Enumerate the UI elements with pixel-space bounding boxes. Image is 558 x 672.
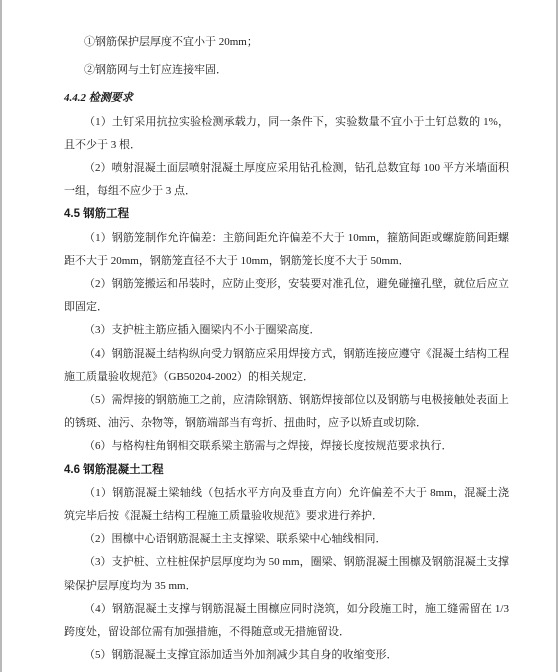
list-item: （2）钢筋笼搬运和吊装时，应防止变形，安装要对准孔位，避免碰撞孔壁，就位后应立即… <box>64 273 509 319</box>
section-heading-4-6: 4.6 钢筋混凝土工程 <box>64 459 509 482</box>
list-item: （3）支护桩主筋应插入圈梁内不小于圈梁高度． <box>64 319 509 342</box>
list-item: （6）与格构柱角钢相交联系梁主筋需与之焊接，焊接长度按规范要求执行． <box>64 435 509 458</box>
list-item: （3）支护桩、立柱桩保护层厚度均为 50 mm，圈梁、钢筋混凝土围檩及钢筋混凝土… <box>64 551 509 597</box>
list-item: （5）钢筋混凝土支撑宜添加适当外加剂减少其自身的收缩变形． <box>64 644 509 667</box>
list-item: （1）土钉采用抗拉实验检测承载力，同一条件下，实验数量不宜小于土钉总数的 1%，… <box>64 111 509 157</box>
list-item: （2）喷射混凝土面层喷射混凝土厚度应采用钻孔检测，钻孔总数宜每 100 平方米墙… <box>64 157 509 203</box>
list-item: （4）钢筋混凝土结构纵向受力钢筋应采用焊接方式，钢筋连接应遵守《混凝土结构工程施… <box>64 343 509 389</box>
section-heading-4-5: 4.5 钢筋工程 <box>64 203 509 226</box>
list-item: （4）钢筋混凝土支撑与钢筋混凝土围檩应同时浇筑，如分段施工时，施工缝需留在 1/… <box>64 598 509 644</box>
document-page: ①钢筋保护层厚度不宜小于 20mm；②钢筋网与土钉应连接牢固．4.4.2 检测要… <box>0 0 558 672</box>
list-item: （2）围檩中心语钢筋混凝土主支撑梁、联系梁中心轴线相同． <box>64 528 509 551</box>
list-item-circle-1: ①钢筋保护层厚度不宜小于 20mm； <box>64 31 509 54</box>
document-body: ①钢筋保护层厚度不宜小于 20mm；②钢筋网与土钉应连接牢固．4.4.2 检测要… <box>2 0 556 667</box>
list-item-circle-2: ②钢筋网与土钉应连接牢固． <box>64 59 509 82</box>
list-item: （1）钢筋笼制作允许偏差：主筋间距允许偏差不大于 10mm，箍筋间距或螺旋筋间距… <box>64 227 509 273</box>
section-heading-4-4-2: 4.4.2 检测要求 <box>64 87 509 110</box>
list-item: （1）钢筋混凝土梁轴线（包括水平方向及垂直方向）允许偏差不大于 8mm，混凝土浇… <box>64 482 509 528</box>
list-item: （5）需焊接的钢筋施工之前，应清除钢筋、钢筋焊接部位以及钢筋与电极接触处表面上的… <box>64 389 509 435</box>
